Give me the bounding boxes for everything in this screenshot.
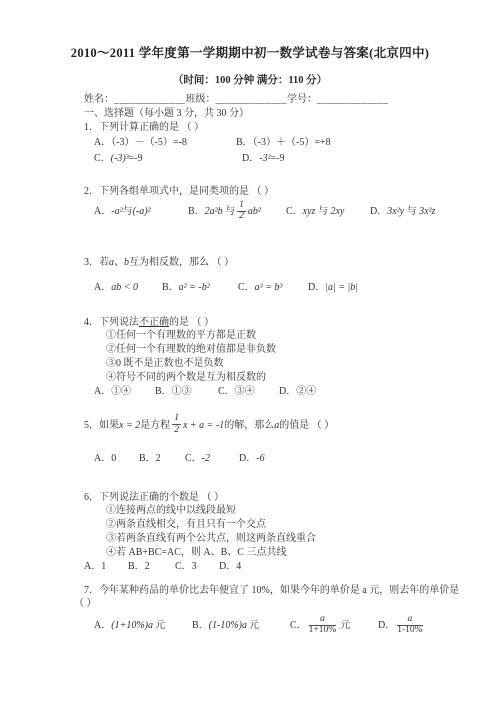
question-3-options: A．ab < 0 B．a² = -b² C．a³ = b³ D．|a| = |b… <box>94 281 464 294</box>
q1-option-c: C．(-3)³=-9 <box>94 152 242 165</box>
question-2-options: A．-a²与(-a)² B．2a²b 与12ab² C．xyz 与 2xy D．… <box>94 201 464 222</box>
q4-option-b: B．①③ <box>155 385 218 398</box>
q3-option-b: B．a² = -b² <box>162 281 238 294</box>
question-4-stem: 4．下列说法不正确的是 （ ） <box>84 316 464 329</box>
q6-statement-2: ②两条直线相交，有且只有一个交点 <box>106 518 464 532</box>
question-7-options: A．(1+10%)a元 B．(1-10%)a元 C．a1+10%元 D．a1-1… <box>94 615 464 636</box>
q1-option-d: D．-3²=-9 <box>242 152 285 165</box>
q7-option-d: D．a1-10% <box>378 615 425 636</box>
question-6-stem: 6．下列说法正确的个数是 （ ） <box>84 491 464 504</box>
question-4-statements: ①任何一个有理数的平方都是正数 ②任何一个有理数的绝对值都是非负数 ③0 既不是… <box>84 329 464 385</box>
q1-option-a: A．（-3）－（-5）=-8 <box>94 136 236 149</box>
student-info-line: 姓名：_____________班级：_____________学号：_____… <box>84 93 464 106</box>
q4-option-d: D．②④ <box>279 385 316 398</box>
question-5: 5．如果x = 2是方程12x + a = -1的解，那么a的值是 （ ） A．… <box>84 414 464 464</box>
q4-statement-2: ②任何一个有理数的绝对值都是非负数 <box>106 343 464 357</box>
question-7: 7．今年某种药品的单价比去年便宜了 10%，如果今年的单价是 a 元，则去年的单… <box>84 584 464 636</box>
name-blank: _____________ <box>114 94 186 105</box>
time-score-line: （时间：100 分钟 满分：110 分） <box>0 75 500 87</box>
fraction-one-half: 12 <box>237 201 246 222</box>
q4-statement-4: ④符号不同的两个数是互为相反数的 <box>106 371 464 385</box>
underlined-incorrect: 不正确 <box>139 317 169 328</box>
question-1: 1．下列计算正确的是 （ ） A．（-3）－（-5）=-8 B．（-3）＋（-5… <box>84 121 464 165</box>
q6-option-a: A．1 <box>84 560 128 573</box>
exam-paper-page: 2010～2011 学年度第一学期期中初一数学试卷与答案(北京四中) （时间：1… <box>0 0 500 707</box>
q6-statement-4: ④若 AB+BC=AC，则 A、B、C 三点共线 <box>106 546 464 560</box>
q4-statement-1: ①任何一个有理数的平方都是正数 <box>106 329 464 343</box>
question-7-stem-line-2: （ ） <box>74 597 464 610</box>
class-blank: _____________ <box>216 94 288 105</box>
exam-body: 姓名：_____________班级：_____________学号：_____… <box>0 93 500 636</box>
question-3: 3．若a、b互为相反数，那么 （ ） A．ab < 0 B．a² = -b² C… <box>84 256 464 294</box>
question-1-options-row-2: C．(-3)³=-9 D．-3²=-9 <box>94 152 464 165</box>
question-3-stem: 3．若a、b互为相反数，那么 （ ） <box>84 256 464 269</box>
q2-option-d: D．3x²y 与 3x²z <box>370 205 435 218</box>
question-5-stem: 5．如果x = 2是方程12x + a = -1的解，那么a的值是 （ ） <box>84 414 464 435</box>
question-4-options: A．①④ B．①③ C．③④ D．②④ <box>94 385 464 398</box>
q7-option-a: A．(1+10%)a元 <box>94 619 192 632</box>
fraction-one-half: 12 <box>172 414 181 435</box>
student-id-label: 学号： <box>287 94 317 105</box>
fraction-a-over-1-plus-10pct: a1+10% <box>309 615 337 636</box>
question-4: 4．下列说法不正确的是 （ ） ①任何一个有理数的平方都是正数 ②任何一个有理数… <box>84 316 464 398</box>
question-2: 2．下列各组单项式中，是同类项的是 （ ） A．-a²与(-a)² B．2a²b… <box>84 185 464 222</box>
name-label: 姓名： <box>84 94 114 105</box>
question-6-statements: ①连接两点的线中以线段最短 ②两条直线相交，有且只有一个交点 ③若两条直线有两个… <box>84 504 464 560</box>
q6-option-b: B．2 <box>128 560 175 573</box>
q1-option-b: B．（-3）＋（-5）=+8 <box>236 136 331 149</box>
q3-option-a: A．ab < 0 <box>94 281 162 294</box>
question-6-options: A．1 B．2 C．3 D．4 <box>84 560 464 573</box>
q3-option-d: D．|a| = |b| <box>308 281 358 294</box>
q5-option-c: C．-2 <box>185 452 239 465</box>
question-7-stem-line-1: 7．今年某种药品的单价比去年便宜了 10%，如果今年的单价是 a 元，则去年的单… <box>84 584 464 597</box>
question-5-options: A．0 B．2 C．-2 D．-6 <box>94 452 464 465</box>
q4-option-a: A．①④ <box>94 385 155 398</box>
q4-option-c: C．③④ <box>218 385 279 398</box>
q4-statement-3: ③0 既不是正数也不是负数 <box>106 357 464 371</box>
q6-statement-3: ③若两条直线有两个公共点，则这两条直线重合 <box>106 532 464 546</box>
q5-option-d: D．-6 <box>239 452 265 465</box>
question-1-stem: 1．下列计算正确的是 （ ） <box>84 121 464 134</box>
q2-option-b: B．2a²b 与12ab² <box>188 201 286 222</box>
question-6: 6．下列说法正确的个数是 （ ） ①连接两点的线中以线段最短 ②两条直线相交，有… <box>84 491 464 573</box>
q3-option-c: C．a³ = b³ <box>238 281 308 294</box>
q6-option-d: D．4 <box>219 560 241 573</box>
q5-option-b: B．2 <box>139 452 185 465</box>
class-label: 班级： <box>186 94 216 105</box>
q7-option-b: B．(1-10%)a元 <box>192 619 290 632</box>
section-heading: 一、选择题（每小题 3 分，共 30 分） <box>84 107 464 120</box>
question-2-stem: 2．下列各组单项式中，是同类项的是 （ ） <box>84 185 464 198</box>
fraction-a-over-1-minus-10pct: a1-10% <box>397 615 422 636</box>
student-id-blank: _____________ <box>317 94 389 105</box>
question-1-options-row-1: A．（-3）－（-5）=-8 B．（-3）＋（-5）=+8 <box>94 136 464 149</box>
q5-option-a: A．0 <box>94 452 139 465</box>
q2-option-c: C．xyz 与 2xy <box>286 205 370 218</box>
q6-option-c: C．3 <box>175 560 219 573</box>
q2-option-a: A．-a²与(-a)² <box>94 205 188 218</box>
exam-title: 2010～2011 学年度第一学期期中初一数学试卷与答案(北京四中) <box>0 0 500 61</box>
q7-option-c: C．a1+10%元 <box>290 615 378 636</box>
q6-statement-1: ①连接两点的线中以线段最短 <box>106 504 464 518</box>
